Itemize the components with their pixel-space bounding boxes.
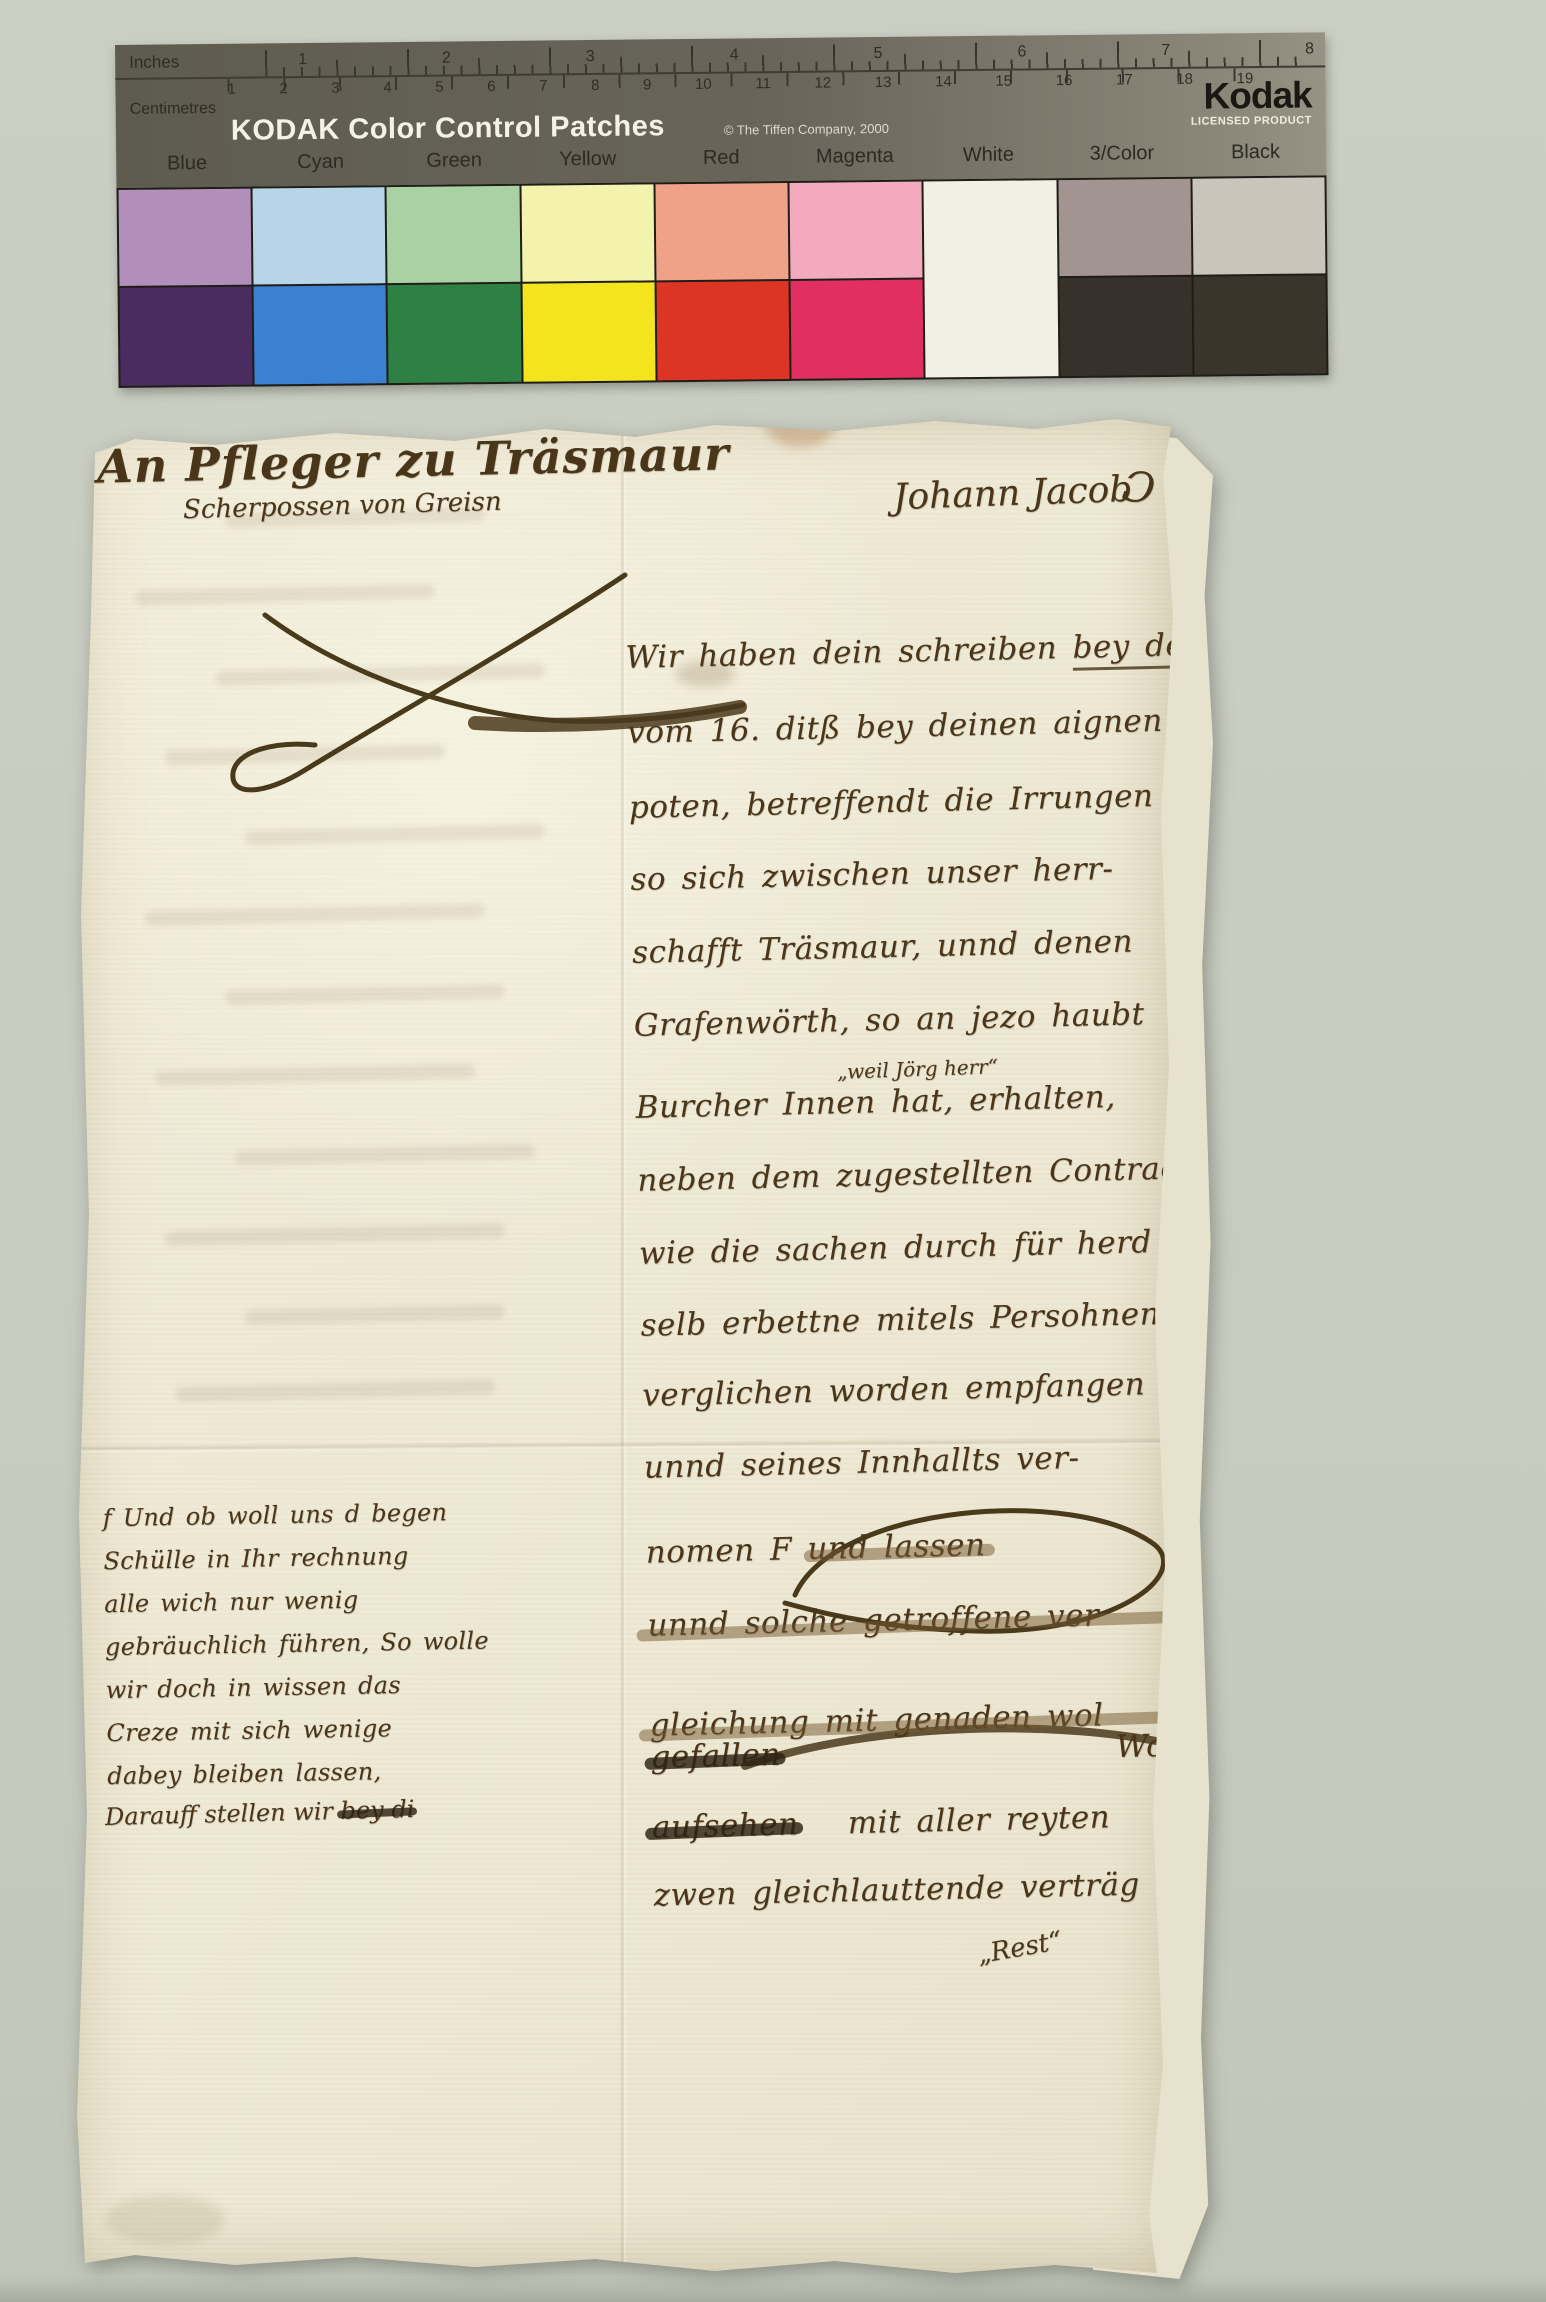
underlined-words: bey deinen bbox=[1072, 626, 1255, 671]
letter-line: schafft Träsmaur, unnd denen bbox=[632, 922, 1208, 971]
inch-number: 4 bbox=[730, 46, 739, 64]
patch-white bbox=[924, 180, 1058, 377]
bleedthrough-ghost-line bbox=[215, 663, 545, 686]
patch-column-red bbox=[655, 183, 789, 380]
patch-red-tint bbox=[655, 183, 788, 280]
cm-number: 12 bbox=[814, 75, 831, 92]
bleedthrough-ghost-line bbox=[175, 1379, 495, 1402]
rest-annotation: „Rest“ bbox=[975, 1926, 1064, 1970]
patch-column-green bbox=[387, 186, 521, 383]
patch-yellow-solid bbox=[522, 282, 655, 381]
letter-line: vom 16. ditß bey deinen aignen bbox=[627, 702, 1203, 751]
cm-number: 8 bbox=[591, 77, 600, 94]
bleedthrough-ghost-line bbox=[235, 1143, 535, 1165]
patch-3color-solid bbox=[1059, 277, 1192, 376]
patch-column-white bbox=[924, 180, 1058, 377]
cm-number: 4 bbox=[383, 79, 392, 96]
kodak-copyright: © The Tiffen Company, 2000 bbox=[724, 121, 889, 138]
patch-column-magenta bbox=[790, 182, 924, 379]
marginal-draft-block: f Und ob woll uns d begenSchülle in Ihr … bbox=[102, 1489, 587, 1798]
bleedthrough-ghost-line bbox=[155, 1063, 475, 1086]
crossed-out-words: und lassen bbox=[807, 1527, 986, 1567]
letter-line: aufsehen mit aller reyten bbox=[652, 1797, 1228, 1846]
patch-column-yellow bbox=[521, 184, 655, 381]
patch-green-tint bbox=[387, 186, 520, 283]
cm-number: 9 bbox=[643, 76, 652, 93]
line-text: Wir haben dein schreiben bbox=[625, 630, 1073, 676]
inch-number: 1 bbox=[298, 51, 307, 69]
letter-line: so sich zwischen unser herr- bbox=[630, 849, 1206, 898]
letter-line: poten, betreffendt die Irrungen bbox=[629, 777, 1205, 826]
draft-line: Darauff stellen wir bey di bbox=[105, 1795, 415, 1831]
manuscript-document: An Pfleger zu Träsmaur Scherpossen von G… bbox=[75, 415, 1215, 2285]
letter-body-right-column: Wir haben dein schreiben bey deinen vom … bbox=[620, 402, 1196, 487]
foxing-stain bbox=[105, 2195, 225, 2245]
vertical-fold-crease bbox=[620, 415, 627, 2280]
patch-yellow-tint bbox=[521, 184, 654, 281]
patch-blue-solid bbox=[120, 287, 253, 386]
inch-number: 3 bbox=[586, 48, 595, 66]
cm-number: 1 bbox=[227, 81, 236, 98]
bleedthrough-ghost-line bbox=[225, 984, 505, 1006]
inch-number: 5 bbox=[873, 45, 882, 63]
letter-line: wie die sachen durch für herd bbox=[639, 1223, 1215, 1272]
crossed-out-words: gefallen bbox=[650, 1737, 781, 1776]
patch-label-blue: Blue bbox=[120, 152, 254, 176]
manuscript-page: An Pfleger zu Träsmaur Scherpossen von G… bbox=[75, 415, 1185, 2280]
bleedthrough-ghost-line bbox=[165, 1223, 505, 1246]
patch-label-yellow: Yellow bbox=[521, 147, 655, 171]
cm-number: 15 bbox=[995, 73, 1012, 90]
inch-number: 6 bbox=[1017, 43, 1026, 61]
line-text: mit aller reyten bbox=[847, 1799, 1110, 1841]
patch-black-solid bbox=[1193, 275, 1326, 374]
bleedthrough-ghost-line bbox=[135, 583, 435, 605]
bleedthrough-ghost-line bbox=[165, 744, 445, 766]
patch-column-3color bbox=[1058, 179, 1192, 376]
patch-label-red: Red bbox=[654, 146, 788, 170]
patch-label-cyan: Cyan bbox=[254, 150, 388, 174]
bleedthrough-ghost-line bbox=[245, 823, 545, 845]
patch-column-blue bbox=[119, 189, 253, 386]
draft-line: dabey bleiben lassen, bbox=[107, 1747, 588, 1798]
patch-blue-tint bbox=[119, 189, 252, 286]
cm-number: 6 bbox=[487, 78, 496, 95]
cm-number: 17 bbox=[1116, 71, 1133, 88]
patch-column-cyan bbox=[253, 187, 387, 384]
kodak-logo: Kodak bbox=[1203, 74, 1312, 117]
cm-number: 16 bbox=[1056, 72, 1073, 89]
inch-number: 7 bbox=[1161, 42, 1170, 60]
line-text: Darauff stellen wir bbox=[105, 1797, 341, 1831]
patch-column-black bbox=[1192, 177, 1326, 374]
letter-line: Grafenwörth, so an jezo haubt bbox=[633, 995, 1209, 1044]
cm-number: 11 bbox=[755, 75, 771, 92]
letter-line: Burcher Innen hat, erhalten, bbox=[635, 1077, 1211, 1126]
patch-black-tint bbox=[1192, 177, 1325, 274]
kodak-licensed-product-label: LICENSED PRODUCT bbox=[1191, 114, 1312, 127]
letter-line: verglichen worden empfangen bbox=[642, 1365, 1218, 1414]
kodak-ruler-bar: Inches 12345678 Centimetres 123456789101… bbox=[115, 32, 1326, 188]
line-text: nomen F bbox=[645, 1531, 792, 1570]
patch-cyan-solid bbox=[254, 285, 387, 384]
patch-label-black: Black bbox=[1189, 140, 1323, 164]
inches-label: Inches bbox=[129, 52, 179, 73]
patch-label-white: White bbox=[921, 143, 1055, 167]
cm-number: 3 bbox=[331, 80, 340, 97]
patch-3color-tint bbox=[1058, 179, 1191, 276]
inch-number: 2 bbox=[442, 49, 451, 67]
inch-number: 8 bbox=[1305, 40, 1314, 58]
cm-number: 5 bbox=[435, 79, 444, 96]
patch-label-green: Green bbox=[387, 149, 521, 173]
patch-magenta-tint bbox=[790, 182, 923, 279]
cm-number: 14 bbox=[935, 73, 952, 90]
crossed-out-words: aufsehen bbox=[652, 1806, 799, 1845]
patch-label-magenta: Magenta bbox=[788, 145, 922, 169]
crossed-out-line: unnd solche getroffene ver bbox=[647, 1595, 1223, 1644]
centimetres-label: Centimetres bbox=[130, 100, 216, 119]
interlinear-insertion: „weil Jörg herr“ bbox=[837, 1054, 999, 1084]
letter-line: Wir haben dein schreiben bey deinen bbox=[625, 627, 1201, 676]
letter-line: nomen F und lassen bbox=[645, 1522, 1221, 1571]
patch-cyan-tint bbox=[253, 187, 386, 284]
bleedthrough-ghost-line bbox=[245, 1304, 505, 1325]
patch-magenta-solid bbox=[791, 280, 924, 379]
cm-number: 7 bbox=[539, 77, 548, 94]
kodak-color-control-target: Inches 12345678 Centimetres 123456789101… bbox=[115, 32, 1329, 388]
letter-line: neben dem zugestellten Contract bbox=[637, 1150, 1213, 1199]
cm-number: 18 bbox=[1176, 71, 1193, 88]
pen-flourish-loop bbox=[775, 1475, 1195, 1675]
crossed-out-words: bey di bbox=[340, 1795, 415, 1825]
bleedthrough-ghost-line bbox=[145, 903, 485, 926]
kodak-title: KODAK Color Control Patches bbox=[231, 110, 665, 148]
patch-green-solid bbox=[388, 284, 521, 383]
cm-number: 2 bbox=[279, 80, 288, 97]
letter-line: selb erbettne mitels Persohnen bbox=[640, 1295, 1216, 1344]
patch-label-3color: 3/Color bbox=[1055, 142, 1189, 166]
cm-number: 13 bbox=[875, 74, 892, 91]
cm-number: 10 bbox=[695, 76, 712, 93]
letter-line: zwen gleichlauttende verträg bbox=[653, 1865, 1229, 1914]
patch-red-solid bbox=[656, 281, 789, 380]
color-patch-grid bbox=[116, 175, 1328, 388]
